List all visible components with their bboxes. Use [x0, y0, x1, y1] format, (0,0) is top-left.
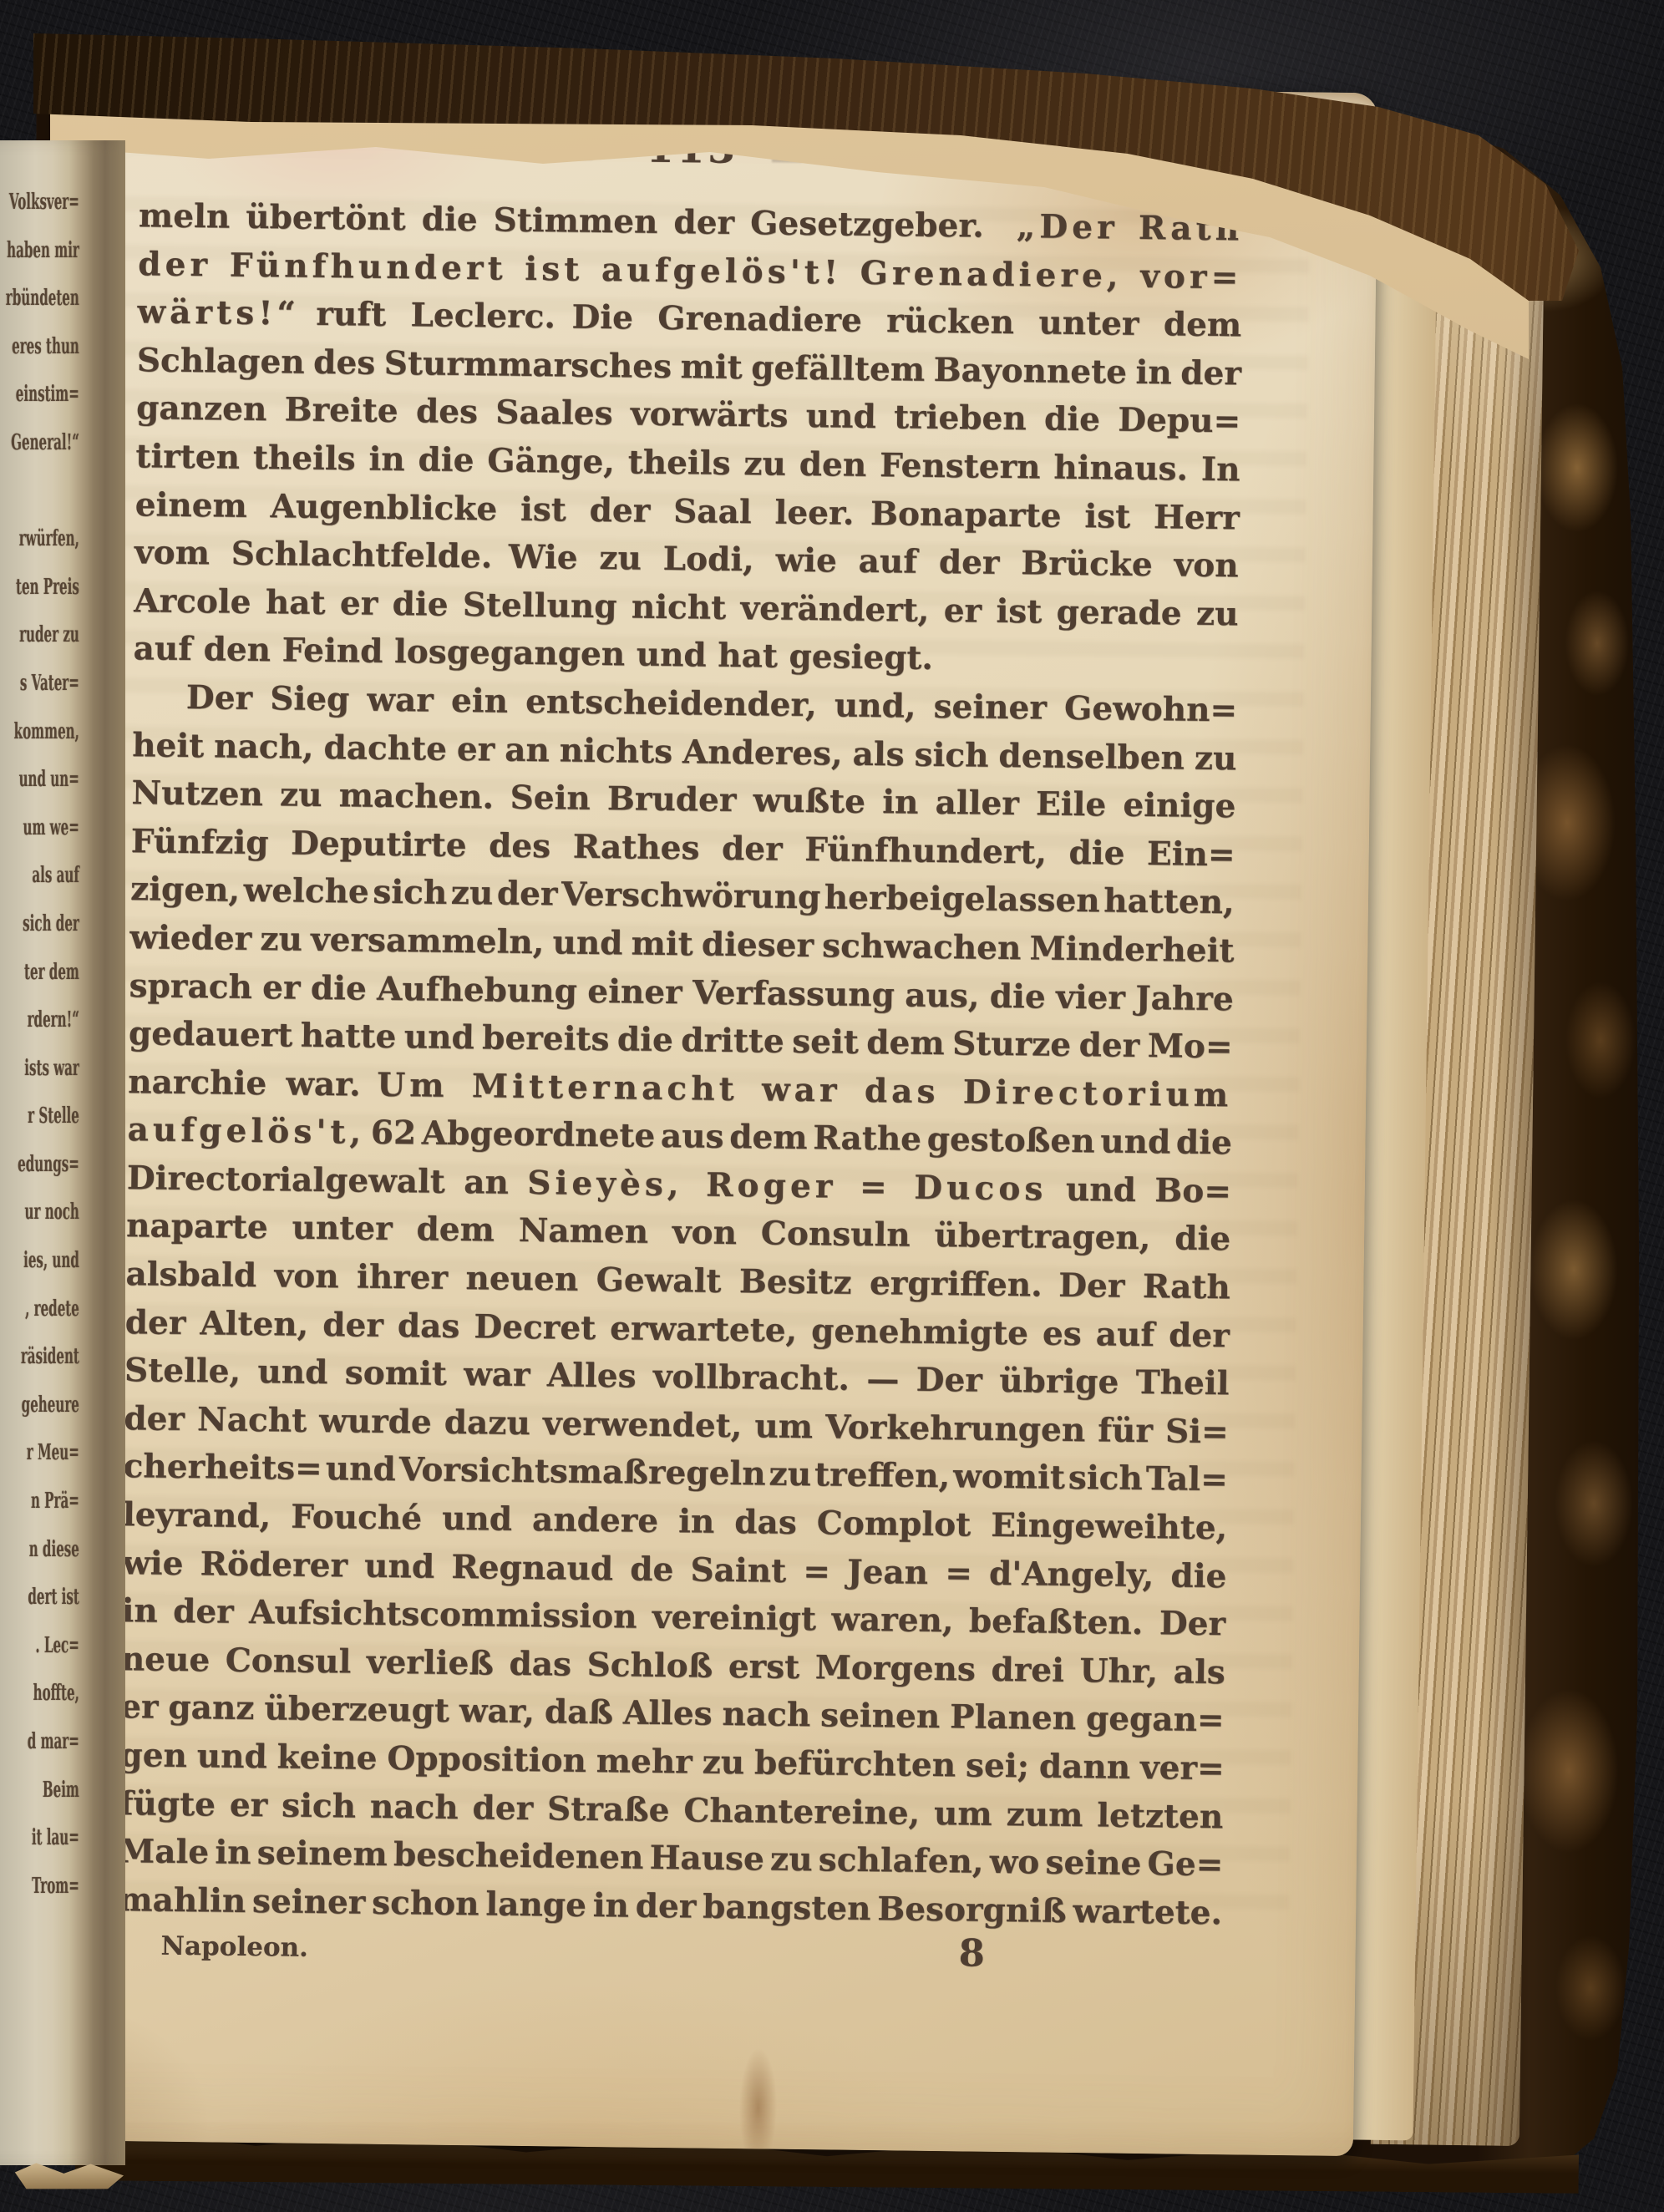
body-text: vom Schlachtfelde. Wie zu Lodi, wie auf … — [134, 533, 1239, 585]
page-number: 113 — [647, 126, 739, 173]
facing-line-fragment: Beim — [6, 1767, 79, 1815]
body-text: Stelle, und somit war Alles vollbracht. … — [124, 1351, 1230, 1403]
body-text: neue Consul verließ das Schloß erst Morg… — [121, 1640, 1225, 1692]
facing-line-fragment: rbündeten — [6, 275, 79, 323]
emphasized-spaced-text: wärts!“ — [137, 292, 300, 332]
body-text: er ganz überzeugt war, daß Alles nach se… — [120, 1688, 1225, 1740]
facing-line-fragment: , redete — [6, 1286, 79, 1334]
body-text: tirten theils in die Gänge, theils zu de… — [135, 437, 1240, 489]
emphasized-spaced-text: aufgelös't, — [127, 1110, 365, 1151]
body-text: wieder zu versammeln, und mit dieser sch… — [129, 918, 1235, 970]
body-text: und Bo= — [1047, 1169, 1231, 1210]
facing-fragments: Volksver=haben mirrbündeteneres thuneins… — [0, 179, 79, 1910]
facing-line-fragment: hoffte, — [6, 1670, 79, 1718]
facing-line-fragment: einstim= — [6, 371, 79, 419]
facing-line-fragment: General!“ — [6, 419, 79, 468]
facing-line-fragment: rdern!“ — [6, 997, 79, 1045]
facing-line-fragment: ter dem — [6, 949, 79, 997]
facing-line-fragment: . Lec= — [6, 1622, 79, 1671]
signature-number: 8 — [958, 1930, 985, 1975]
facing-line-fragment: ten Preis — [6, 564, 79, 612]
body-text: gen und keine Opposition mehr zu befürch… — [119, 1736, 1225, 1788]
body-text: ganzen Breite des Saales vorwärts und tr… — [136, 389, 1241, 441]
emphasized-spaced-text: „Der Rath — [1017, 207, 1244, 248]
emphasized-spaced-text: der Fünfhundert ist aufgelös't! Grenadie… — [138, 245, 1243, 297]
facing-line-fragment — [6, 468, 79, 516]
body-text: alsbald von ihrer neuen Gewalt Besitz er… — [125, 1255, 1230, 1306]
emphasized-spaced-text: Sieyès, Roger = Ducos — [527, 1164, 1048, 1209]
facing-line-fragment: um we= — [6, 804, 79, 853]
book-page: — 113 — meln übertönt die Stimmen der Ge… — [30, 77, 1378, 2156]
body-text: Directorialgewalt an — [127, 1159, 528, 1202]
facing-line-fragment: eres thun — [6, 323, 79, 372]
facing-line-fragment: ies, und — [6, 1237, 79, 1286]
body-text: naparte unter dem Namen von Consuln über… — [126, 1207, 1230, 1259]
page-footer: Napoleon. 8 — [117, 1930, 1221, 1974]
book-scan: — 113 — meln übertönt die Stimmen der Ge… — [0, 0, 1664, 2212]
body-text: der Alten, der das Decret erwartete, gen… — [125, 1303, 1230, 1355]
body-text: in der Aufsichtscommission vereinigt war… — [121, 1591, 1225, 1643]
facing-line-fragment: Trom= — [6, 1863, 79, 1911]
facing-line-fragment: sich der — [6, 901, 79, 949]
body-text: Nutzen zu machen. Sein Bruder wußte in a… — [131, 774, 1235, 825]
body-text: einem Augenblicke ist der Saal leer. Bon… — [134, 485, 1240, 537]
facing-line-fragment: ists war — [6, 1045, 79, 1093]
facing-line-fragment: s Vater= — [6, 660, 79, 708]
body-text: der Nacht wurde dazu verwendet, um Vorke… — [124, 1399, 1229, 1451]
body-text: zigen, welche sich zu der Verschwörung h… — [130, 870, 1235, 921]
body-text: leyrand, Fouché und andere in das Complo… — [123, 1495, 1228, 1547]
facing-line-fragment: als auf — [6, 852, 79, 901]
body-text: cherheits= und Vorsichtsmaßregeln zu tre… — [123, 1448, 1228, 1499]
facing-line-fragment: d mar= — [6, 1718, 79, 1767]
body-text: fügte er sich nach der Straße Chanterein… — [119, 1784, 1223, 1836]
emphasized-spaced-text: Um Mitternacht war das Directorium — [377, 1065, 1233, 1114]
body-text: sprach er die Aufhebung einer Verfassung… — [129, 966, 1234, 1018]
facing-line-fragment: n diese — [6, 1526, 79, 1575]
body-text: Fünfzig Deputirte des Rathes der Fünfhun… — [131, 822, 1235, 874]
body-text: Der Sieg war ein entscheidender, und, se… — [186, 678, 1238, 729]
facing-line-fragment: r Stelle — [6, 1093, 79, 1141]
header-dash-left: — — [571, 129, 606, 168]
body-text: meln übertönt die Stimmen der Gesetzgebe… — [139, 196, 1017, 246]
body-text: Schlagen des Sturmmarsches mit gefälltem… — [137, 341, 1242, 393]
facing-line-fragment: rwürfen, — [6, 515, 79, 564]
facing-line-fragment: und un= — [6, 756, 79, 804]
facing-line-fragment: ruder zu — [6, 611, 79, 660]
body-text: narchie war. — [128, 1063, 378, 1104]
facing-line-fragment: kommen, — [6, 708, 79, 757]
body-text: auf den Feind losgegangen und hat gesieg… — [133, 630, 933, 678]
facing-page-sliver: Volksver=haben mirrbündeteneres thuneins… — [0, 140, 125, 2165]
facing-line-fragment: it lau= — [6, 1814, 79, 1863]
body-text: mahlin seiner schon lange in der bangste… — [118, 1880, 1222, 1932]
facing-line-fragment: r Meu= — [6, 1429, 79, 1478]
body-text: 62 Abgeordnete aus dem Rathe gestoßen un… — [365, 1114, 1232, 1163]
facing-line-fragment: dert ist — [6, 1574, 79, 1622]
facing-line-fragment: edungs= — [6, 1141, 79, 1190]
facing-line-fragment: ur noch — [6, 1189, 79, 1237]
body-text: ruft Leclerc. Die Grenadiere rücken unte… — [300, 295, 1242, 345]
body-text: Male in seinem bescheidenen Hause zu sch… — [119, 1832, 1224, 1884]
facing-line-fragment: Volksver= — [6, 179, 79, 227]
text-block: meln übertönt die Stimmen der Gesetzgebe… — [118, 192, 1243, 1937]
body-text: heit nach, dachte er an nichts Anderes, … — [132, 726, 1237, 778]
body-text: wie Röderer und Regnaud de Saint = Jean … — [122, 1544, 1227, 1596]
body-text: Arcole hat er die Stellung nicht verände… — [134, 581, 1239, 633]
facing-line-fragment: räsident — [6, 1333, 79, 1382]
facing-line-fragment: geheure — [6, 1382, 79, 1430]
facing-line-fragment: haben mir — [6, 227, 79, 276]
catchword-title: Napoleon. — [160, 1931, 308, 1963]
header-dash-right: — — [780, 131, 814, 170]
page-header: — 113 — — [31, 119, 1355, 180]
body-text: gedauert hatte und bereits die dritte se… — [129, 1014, 1233, 1066]
facing-line-fragment: n Prä= — [6, 1478, 79, 1526]
